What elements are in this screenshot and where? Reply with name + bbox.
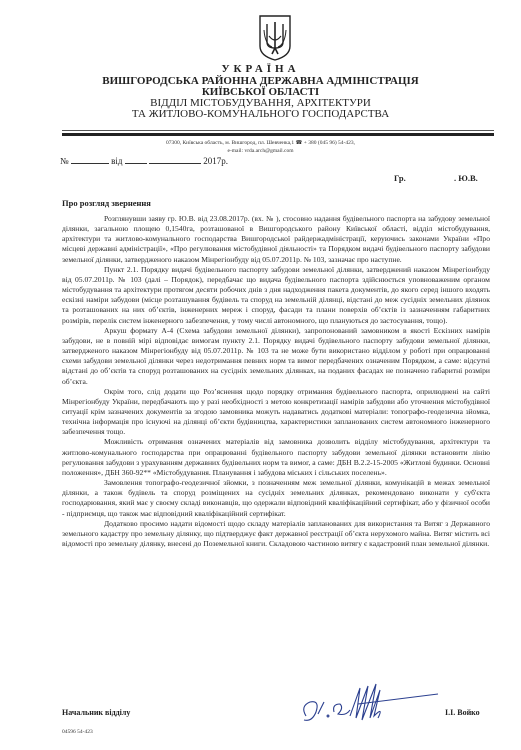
header-department-line2: ТА ЖИТЛОВО-КОМУНАЛЬНОГО ГОСПОДАРСТВА (0, 109, 521, 120)
body-paragraph: Можливість отримання означених матеріалі… (62, 437, 490, 478)
reference-day-blank (125, 155, 147, 164)
coat-of-arms-trident-icon (258, 14, 292, 62)
body-paragraph: Розглянувши заяву гр. Ю.В. від 23.08.201… (62, 214, 490, 265)
reference-number-blank (71, 155, 109, 164)
body-paragraph: Додатково просимо надати відомості щодо … (62, 519, 490, 549)
footer-phone: 04596 54-423 (62, 729, 93, 735)
body-paragraph: Аркуш формату А-4 (Схема забудови земель… (62, 326, 490, 387)
header-email: e-mail: vrda.arch@gmail.com (0, 148, 521, 155)
body-paragraph: Пункт 2.1. Порядку видачі будівельного п… (62, 265, 490, 326)
header-address: 07300, Київська область, м. Вишгород, пл… (0, 140, 521, 147)
reference-number-label: № (60, 156, 69, 166)
body-paragraph: Окрім того, слід додати що Роз’яснення щ… (62, 387, 490, 438)
reference-line: № від 2017р. (60, 155, 228, 166)
body-paragraph: Замовлення топографо-геодезичної зйомки,… (62, 478, 490, 519)
letter-subject: Про розгляд звернення (62, 198, 151, 208)
official-letter-page: УКРАЇНА ВИШГОРОДСЬКА РАЙОННА ДЕРЖАВНА АД… (0, 0, 521, 750)
header-divider-thin (62, 130, 494, 131)
recipient-prefix: Гр. (394, 173, 406, 183)
header-country: УКРАЇНА (0, 64, 521, 75)
recipient-initials: . Ю.В. (454, 173, 478, 183)
handwritten-signature-icon (298, 676, 443, 731)
signatory-title: Начальник відділу (62, 708, 130, 717)
header-divider (62, 133, 494, 136)
letter-body: Розглянувши заяву гр. Ю.В. від 23.08.201… (62, 214, 490, 549)
signatory-name: І.І. Войко (445, 708, 480, 717)
reference-date-label: від (111, 156, 122, 166)
reference-year: 2017р. (203, 156, 228, 166)
reference-month-blank (149, 155, 201, 164)
